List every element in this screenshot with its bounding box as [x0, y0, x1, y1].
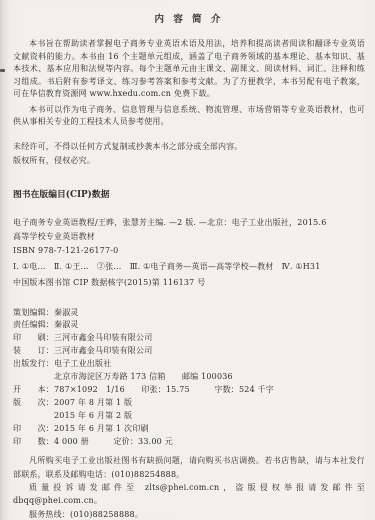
colophon-value: 北京市海淀区万寿路 173 信箱 邮编 100036	[54, 371, 233, 384]
book-copyright-page: 内 容 简 介 本书旨在帮助读者掌握电子商务专业英语术语及用法，培养和提高读者阅…	[0, 0, 375, 520]
cip-isbn: ISBN 978-7-121-26177-0	[13, 244, 365, 258]
colophon-row-publisher: 出版发行： 电子工业出版社	[13, 358, 365, 371]
colophon-value: 2015 年 6 月第 1 次印刷	[54, 423, 149, 436]
footer-complaint-note: 质量投诉请发邮件至 zlts@phei.com.cn，盗版侵权举报请发邮件至 d…	[13, 481, 365, 508]
colophon-row-format: 开 本： 787×1092 1/16 印张：15.75 字数：524 千字	[13, 384, 365, 397]
cip-registry-number: 中国版本图书馆 CIP 数据核字(2015)第 116137 号	[13, 276, 365, 289]
colophon-label: 版 次：	[13, 397, 54, 410]
cip-series-line: 高等学校专业英语教材	[13, 230, 365, 244]
colophon-row-responsible-editor: 责任编辑： 秦淑灵	[13, 319, 365, 332]
colophon-row-impression: 印 次： 2015 年 6 月第 1 次印刷	[13, 423, 365, 436]
footer-exchange-note: 凡所购买电子工业出版社图书有缺损问题，请向购买书店调换。若书店售缺，请与本社发行…	[13, 454, 365, 481]
colophon-label	[13, 371, 54, 384]
cip-header: 图书在版编目(CIP)数据	[13, 189, 365, 201]
colophon-value: 秦淑灵	[54, 319, 79, 332]
colophon-row-edition-1: 版 次： 2007 年 8 月第 1 版	[13, 397, 365, 410]
colophon-row-printer: 印 刷： 三河市鑫金马印装有限公司	[13, 332, 365, 345]
intro-section: 内 容 简 介 本书旨在帮助读者掌握电子商务专业英语术语及用法，培养和提高读者阅…	[13, 14, 365, 129]
colophon-value: 4 000 册 定价：33.00 元	[54, 436, 173, 449]
scan-artifact	[0, 69, 5, 72]
colophon-value: 2007 年 8 月第 1 版	[54, 397, 132, 410]
footer-hotline: 服务热线：(010)88258888。	[13, 508, 365, 520]
colophon-label: 印 次：	[13, 423, 54, 436]
intro-title: 内 容 简 介	[13, 14, 365, 25]
colophon-value: 秦淑灵	[54, 307, 79, 320]
colophon-value: 787×1092 1/16 印张：15.75 字数：524 千字	[54, 384, 274, 397]
intro-paragraph-2: 本书可以作为电子商务、信息管理与信息系统、物流管理、市场营销等专业英语教材，也可…	[13, 104, 365, 129]
colophon-row-binder: 装 订： 三河市鑫金马印装有限公司	[13, 345, 365, 358]
colophon-label: 策划编辑：	[13, 307, 54, 320]
colophon-label: 装 订：	[13, 345, 54, 358]
colophon-row-publisher-address: 北京市海淀区万寿路 173 信箱 邮编 100036	[13, 371, 365, 384]
cip-title-line: 电子商务专业英语教程/王晔，张慧芳主编. —2 版. —北京：电子工业出版社，2…	[13, 216, 365, 230]
colophon-row-edition-2: 2015 年 6 月第 2 版	[13, 410, 365, 423]
copyright-notice-line-1: 未经许可，不得以任何方式复制或抄袭本书之部分或全部内容。	[13, 140, 365, 154]
colophon-label: 印 刷：	[13, 332, 54, 345]
colophon-label: 出版发行：	[13, 358, 54, 371]
cip-classification: Ⅰ. ①电… Ⅱ. ①王… ②张… Ⅲ. ①电子商务—英语—高等学校—教材 Ⅳ.…	[13, 260, 365, 273]
colophon-row-planning-editor: 策划编辑： 秦淑灵	[13, 307, 365, 320]
intro-paragraph-1: 本书旨在帮助读者掌握电子商务专业英语术语及用法，培养和提高读者阅读和翻译专业英语…	[13, 38, 365, 101]
cip-section: 图书在版编目(CIP)数据 电子商务专业英语教程/王晔，张慧芳主编. —2 版.…	[13, 189, 365, 289]
copyright-notice: 未经许可，不得以任何方式复制或抄袭本书之部分或全部内容。 版权所有，侵权必究。	[13, 140, 365, 168]
colophon-label: 开 本：	[13, 384, 54, 397]
colophon-label	[13, 410, 54, 423]
colophon-value: 三河市鑫金马印装有限公司	[54, 345, 152, 358]
footer-notes: 凡所购买电子工业出版社图书有缺损问题，请向购买书店调换。若书店售缺，请与本社发行…	[13, 454, 365, 520]
colophon-row-print-run-price: 印 数： 4 000 册 定价：33.00 元	[13, 436, 365, 449]
colophon-section: 策划编辑： 秦淑灵 责任编辑： 秦淑灵 印 刷： 三河市鑫金马印装有限公司 装 …	[13, 307, 365, 449]
colophon-label: 责任编辑：	[13, 319, 54, 332]
colophon-value: 电子工业出版社	[54, 358, 111, 371]
colophon-value: 三河市鑫金马印装有限公司	[54, 332, 152, 345]
colophon-value: 2015 年 6 月第 2 版	[54, 410, 132, 423]
cip-body: 电子商务专业英语教程/王晔，张慧芳主编. —2 版. —北京：电子工业出版社，2…	[13, 216, 365, 289]
copyright-notice-line-2: 版权所有，侵权必究。	[13, 154, 365, 168]
colophon-label: 印 数：	[13, 436, 54, 449]
